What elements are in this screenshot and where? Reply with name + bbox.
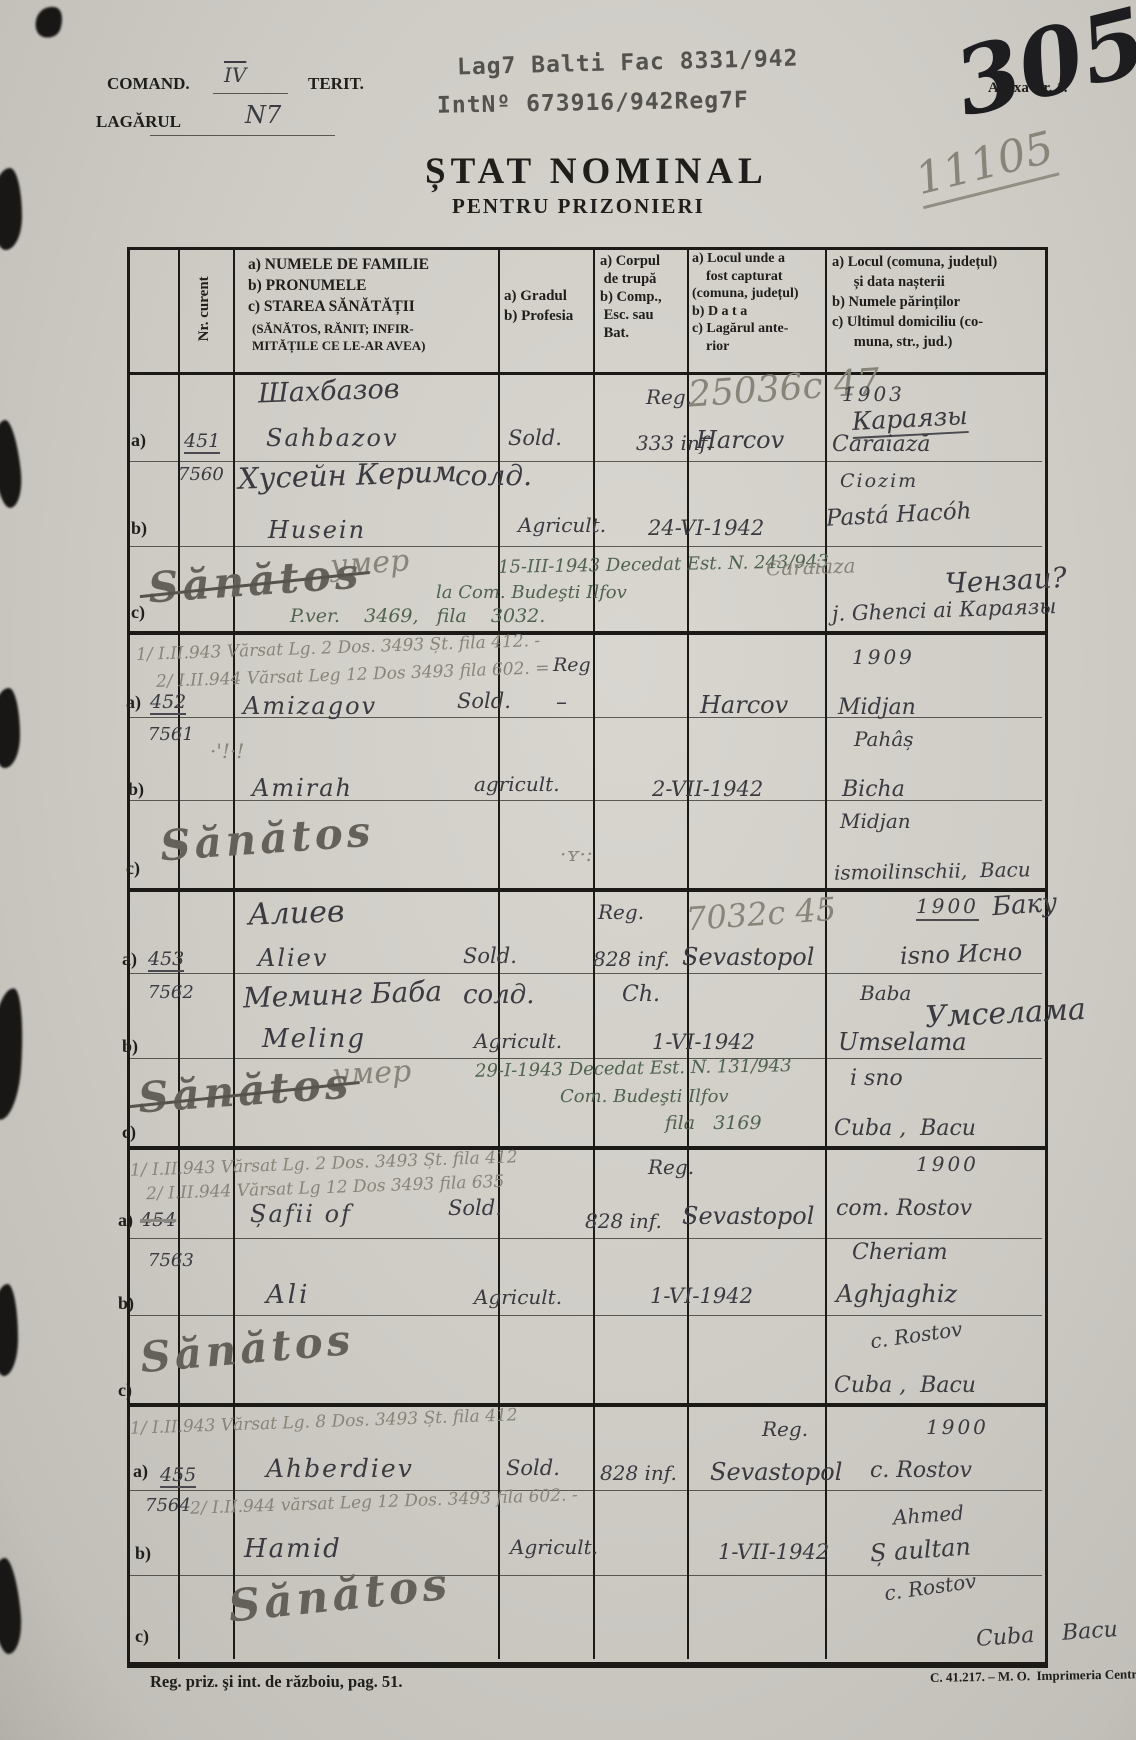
row-label-b: b) [122, 1036, 138, 1057]
terit-label: TERIT. [308, 74, 364, 94]
family-name-cyrillic: Алиев [247, 894, 345, 933]
domicile: Cuba , Bacu [834, 1373, 976, 1399]
footer-print-reference: C. 41.217. – M. O. Imprimeria Centrală [930, 1666, 1136, 1685]
pencil-marks: ·'!·! [210, 740, 244, 764]
family-name-cyrillic: Шахбазов [257, 374, 399, 411]
prisoner-number: 454 [140, 1209, 176, 1231]
row-label-a: a) [122, 949, 137, 970]
domicile-note: i sno [850, 1066, 903, 1092]
regiment-label: Reg. [598, 901, 644, 925]
domicile: Cuba , Bacu [834, 1116, 976, 1142]
regiment: 828 inf. [585, 1210, 662, 1234]
capture-date: 1-VI-1942 [652, 1030, 755, 1055]
domicile: ismoilinschii, Bacu [834, 858, 1031, 885]
row-label-a: a) [133, 1461, 148, 1482]
deceased-note-file: fila 3169 [665, 1112, 762, 1134]
row-label-b: b) [118, 1293, 134, 1314]
birth-place: Midjan [838, 695, 916, 721]
row-rule [130, 1490, 1042, 1491]
deceased-note-file: P.ver. 3469, fila 3032. [290, 605, 545, 627]
given-name: Husein [268, 516, 366, 544]
row-label-b: b) [128, 779, 144, 800]
parents-name: Aghjaghiz [836, 1280, 957, 1308]
row-label-c: c) [126, 858, 140, 879]
regiment-label: Reg. [762, 1418, 808, 1442]
birth-year: 1909 [852, 646, 915, 670]
profession: agricult. [474, 773, 560, 797]
parent-name: Ahmed [892, 1502, 964, 1530]
birth-place: c. Rostov [870, 1458, 972, 1484]
page-title: ȘTAT NOMINAL [425, 150, 768, 194]
row-label-b: b) [131, 518, 147, 539]
handwritten-page-number: 305 [945, 0, 1136, 138]
col-header-grade: a) Gradul b) Profesia [504, 286, 573, 326]
row-label-a: a) [131, 430, 146, 451]
entry-separator [127, 631, 1045, 635]
given-name: Meling [262, 1024, 366, 1055]
grade: Sold. [448, 1196, 502, 1221]
register-number: 7560 [178, 464, 224, 485]
profession: Agricult. [474, 1030, 562, 1054]
grade: Sold. [508, 426, 562, 451]
entry-separator [127, 1146, 1045, 1150]
parents-name-2: Midjan [840, 810, 911, 834]
birth-year: 1900 [926, 1416, 989, 1440]
regiment: – [556, 690, 567, 716]
grade: Sold. [457, 689, 511, 714]
row-label-c: c) [131, 602, 145, 623]
registry-stamp-line2: IntNº 673916/942Reg7F [437, 87, 749, 120]
ink-blot [0, 419, 25, 509]
deceased-note-commune: Com. Budeşti Ilfov [560, 1086, 729, 1107]
capture-date: 1-VII-1942 [718, 1540, 829, 1565]
col-header-name: a) NUMELE DE FAMILIE b) PRONUMELE c) STA… [248, 254, 429, 317]
prisoner-number: 452 [150, 691, 186, 715]
birth-year: 1900 [916, 1153, 979, 1177]
row-rule [130, 973, 1042, 974]
birth-place: com. Rostov [836, 1196, 972, 1222]
margin-pencil-note: Caraiaza [766, 554, 856, 581]
capture-place: Harcov [696, 426, 784, 454]
profession: Agricult. [518, 514, 606, 538]
register-number: 7564 [145, 1495, 191, 1516]
register-number: 7563 [148, 1250, 194, 1271]
comand-value: IV [224, 64, 246, 88]
parents-name-2: Umselama [838, 1028, 967, 1056]
parent-name: Cheriam [852, 1240, 948, 1266]
ink-blot [0, 168, 22, 250]
col-header-corp: a) Corpul de trupă b) Comp., Esc. sau Ba… [600, 252, 662, 342]
col-header-nr: Nr. curent [196, 254, 214, 364]
birth-place-cyrillic: Баку [991, 888, 1058, 923]
company: Ch. [622, 982, 660, 1008]
birth-year: 1900 [916, 895, 979, 921]
family-name: Ahberdiev [266, 1454, 414, 1484]
capture-place: Sevastopol [682, 1202, 814, 1230]
row-rule [130, 1315, 1042, 1316]
footer-regulation-note: Reg. priz. şi int. de războiu, pag. 51. [150, 1672, 403, 1691]
family-name: Aliev [258, 944, 328, 972]
lagarul-underline [150, 135, 335, 136]
entry-separator [127, 888, 1045, 892]
col-header-captured: a) Locul unde a fost capturat (comuna, j… [692, 250, 799, 355]
parents-name: Bicha [842, 777, 905, 803]
regiment-label: Reg. [648, 1156, 694, 1180]
comand-underline [213, 93, 288, 94]
profession: Agricult. [474, 1286, 562, 1310]
ink-blot [32, 3, 67, 41]
ink-blot [0, 1284, 18, 1376]
table-header-bottom-line [127, 372, 1045, 375]
grade-cyrillic: солд. [455, 459, 532, 492]
capture-place: Sevastopol [682, 943, 814, 971]
regiment-label: Reg [553, 654, 591, 676]
entry-separator [127, 1403, 1045, 1407]
family-name: Șafii of [250, 1200, 352, 1228]
row-label-a: a) [118, 1210, 133, 1231]
lagarul-value: N7 [245, 101, 281, 129]
capture-date: 2-VII-1942 [652, 777, 763, 802]
capture-date: 24-VI-1942 [648, 516, 764, 541]
row-rule [130, 546, 1042, 547]
row-rule [130, 1575, 1042, 1576]
regiment: 828 inf. [600, 1462, 677, 1486]
row-rule [130, 1238, 1042, 1239]
family-name: Sahbazov [266, 424, 399, 452]
parent-name: Pahâș [854, 728, 914, 752]
family-name: Amizagov [243, 692, 377, 720]
pencil-marks: ·ʏ·: [560, 843, 593, 867]
grade: Sold. [463, 944, 517, 969]
row-label-a: a) [126, 692, 141, 713]
anexa-label: Anexa Nr. 1. [988, 80, 1067, 98]
birth-place: Caraiază [832, 432, 930, 458]
ink-blot [0, 1557, 24, 1655]
prisoner-number: 451 [184, 430, 220, 454]
birth-place: isno Исно [900, 938, 1023, 971]
ink-blot [0, 987, 27, 1121]
row-label-c: c) [118, 1380, 132, 1401]
regiment: 828 inf. [593, 948, 670, 972]
pencil-number: 11105 [910, 122, 1059, 209]
row-label-b: b) [135, 1543, 151, 1564]
given-name: Hamid [244, 1534, 342, 1565]
register-number: 7562 [148, 982, 194, 1003]
comand-label: COMAND. [107, 74, 190, 94]
deceased-note-commune: la Com. Budeşti Ilfov [436, 582, 627, 603]
col-header-birth: a) Locul (comuna, județul) și data naște… [832, 252, 997, 352]
capture-date: 1-VI-1942 [650, 1284, 753, 1309]
register-number: 7561 [148, 724, 194, 745]
given-name-cyrillic: Меминг Баба [242, 975, 442, 1015]
registry-stamp-line1: Lag7 Balti Fac 8331/942 [457, 46, 799, 82]
capture-place: Sevastopol [710, 1458, 842, 1486]
prisoner-number: 455 [160, 1464, 196, 1488]
ink-blot [0, 688, 20, 768]
col-header-name-sub: (SĂNĂTOS, RĂNIT; INFIR- MITĂȚILE CE LE-A… [252, 320, 426, 354]
regiment-label: Reg. [646, 386, 692, 410]
grade-cyrillic: солд. [463, 980, 535, 1011]
page-subtitle: PENTRU PRIZONIERI [452, 194, 705, 219]
parent-name: Baba [860, 982, 911, 1006]
grade: Sold. [506, 1456, 560, 1481]
row-label-c: c) [122, 1122, 136, 1143]
lagarul-label: LAGĂRUL [96, 112, 181, 132]
given-name: Ali [266, 1280, 310, 1311]
prisoner-number: 453 [148, 948, 184, 972]
capture-place: Harcov [700, 691, 788, 719]
birth-year: 1903 [842, 383, 905, 407]
profession: Agricult. [510, 1536, 598, 1560]
row-label-c: c) [135, 1626, 149, 1647]
scanned-document-sheet: COMAND. IV TERIT. LAGĂRUL N7 Lag7 Balti … [0, 0, 1136, 1740]
parent-name: Ciozim [840, 470, 918, 492]
given-name: Amirah [252, 774, 353, 802]
